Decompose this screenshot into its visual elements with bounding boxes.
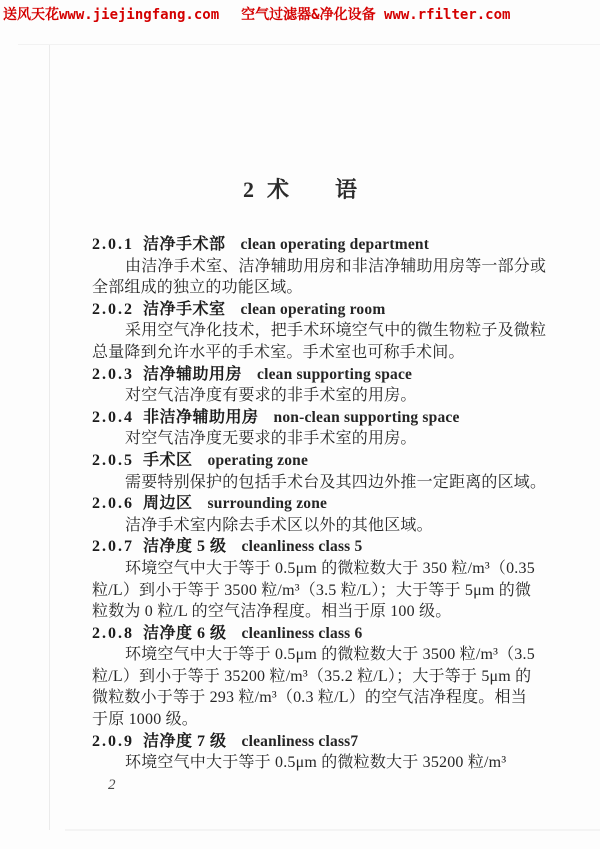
section-body: 环境空气中大于等于 0.5μm 的微粒数大于 35200 粒/m³ — [92, 752, 522, 774]
section-2-0-2: 2.0.2洁净手术室clean operating room 采用空气净化技术，… — [92, 299, 522, 364]
section-heading: 2.0.9洁净度 7 级cleanliness class7 — [92, 731, 522, 753]
section-number: 2.0.1 — [92, 236, 134, 253]
chapter-number: 2 — [243, 177, 254, 202]
section-body: 对空气洁净度无要求的非手术室的用房。 — [92, 428, 522, 450]
section-heading: 2.0.8洁净度 6 级cleanliness class 6 — [92, 623, 522, 645]
section-number: 2.0.5 — [92, 452, 134, 469]
section-body: 需要特别保护的包括手术台及其四边外推一定距离的区域。 — [92, 472, 522, 494]
chapter-title-char-1: 术 — [267, 177, 289, 202]
section-term-en: clean supporting space — [257, 366, 412, 383]
section-heading: 2.0.7洁净度 5 级cleanliness class 5 — [92, 536, 522, 558]
section-2-0-1: 2.0.1洁净手术部clean operating department 由洁净… — [92, 234, 522, 299]
section-body: 对空气洁净度有要求的非手术室的用房。 — [92, 385, 522, 407]
section-term-en: clean operating room — [241, 301, 386, 318]
section-term-en: cleanliness class 6 — [242, 625, 363, 642]
section-term-en: surrounding zone — [208, 495, 328, 512]
section-number: 2.0.9 — [92, 733, 134, 750]
section-2-0-5: 2.0.5手术区operating zone 需要特别保护的包括手术台及其四边外… — [92, 450, 522, 493]
scan-bottom-edge-line — [65, 829, 600, 831]
section-number: 2.0.4 — [92, 409, 134, 426]
body-line: 全部组成的独立的功能区域。 — [92, 277, 522, 299]
section-heading: 2.0.4非洁净辅助用房non-clean supporting space — [92, 407, 522, 429]
section-number: 2.0.3 — [92, 366, 134, 383]
body-line: 环境空气中大于等于 0.5μm 的微粒数大于 3500 粒/m³（3.5 — [92, 644, 522, 666]
page-number: 2 — [92, 775, 522, 797]
section-term-cn: 手术区 — [143, 452, 193, 469]
watermark-right-text: 空气过滤器&净化设备 www.rfilter.com — [241, 7, 510, 23]
section-heading: 2.0.5手术区operating zone — [92, 450, 522, 472]
section-number: 2.0.8 — [92, 625, 134, 642]
section-2-0-6: 2.0.6周边区surrounding zone 洁净手术室内除去手术区以外的其… — [92, 493, 522, 536]
section-term-cn: 洁净度 6 级 — [143, 625, 227, 642]
watermark-header: 送风天花www.jiejingfang.com空气过滤器&净化设备 www.rf… — [3, 4, 510, 24]
section-2-0-7: 2.0.7洁净度 5 级cleanliness class 5 环境空气中大于等… — [92, 536, 522, 622]
scan-page-fold-line — [49, 45, 50, 830]
section-number: 2.0.2 — [92, 301, 134, 318]
section-number: 2.0.7 — [92, 538, 134, 555]
body-line: 粒/L）到小于等于 3500 粒/m³（3.5 粒/L）；大于等于 5μm 的微 — [92, 580, 522, 602]
section-2-0-3: 2.0.3洁净辅助用房clean supporting space 对空气洁净度… — [92, 364, 522, 407]
body-line: 需要特别保护的包括手术台及其四边外推一定距离的区域。 — [92, 472, 522, 494]
body-line: 粒/L）到小于等于 35200 粒/m³（35.2 粒/L）；大于等于 5μm … — [92, 666, 522, 688]
section-body: 由洁净手术室、洁净辅助用房和非洁净辅助用房等一部分或 全部组成的独立的功能区域。 — [92, 256, 522, 299]
section-body: 采用空气净化技术，把手术环境空气中的微生物粒子及微粒 总量降到允许水平的手术室。… — [92, 320, 522, 363]
section-term-cn: 洁净度 5 级 — [143, 538, 227, 555]
section-term-cn: 洁净手术室 — [143, 301, 226, 318]
body-line: 微粒数小于等于 293 粒/m³（0.3 粒/L）的空气洁净程度。相当 — [92, 687, 522, 709]
body-line: 总量降到允许水平的手术室。手术室也可称手术间。 — [92, 342, 522, 364]
section-term-en: cleanliness class 5 — [242, 538, 363, 555]
watermark-left-text: 送风天花www.jiejingfang.com — [3, 7, 219, 23]
chapter-title-char-2: 语 — [335, 177, 357, 202]
section-body: 环境空气中大于等于 0.5μm 的微粒数大于 350 粒/m³（0.35 粒/L… — [92, 558, 522, 623]
section-term-en: clean operating department — [241, 236, 430, 253]
body-line: 环境空气中大于等于 0.5μm 的微粒数大于 350 粒/m³（0.35 — [92, 558, 522, 580]
section-heading: 2.0.6周边区surrounding zone — [92, 493, 522, 515]
section-term-en: non-clean supporting space — [274, 409, 460, 426]
section-2-0-4: 2.0.4非洁净辅助用房non-clean supporting space 对… — [92, 407, 522, 450]
body-line: 洁净手术室内除去手术区以外的其他区域。 — [92, 515, 522, 537]
section-term-cn: 洁净手术部 — [143, 236, 226, 253]
body-line: 由洁净手术室、洁净辅助用房和非洁净辅助用房等一部分或 — [92, 256, 522, 278]
body-line: 于原 1000 级。 — [92, 709, 522, 731]
section-body: 环境空气中大于等于 0.5μm 的微粒数大于 3500 粒/m³（3.5 粒/L… — [92, 644, 522, 730]
section-term-cn: 非洁净辅助用房 — [143, 409, 259, 426]
section-term-en: cleanliness class7 — [242, 733, 359, 750]
chapter-title: 2术语 — [0, 178, 600, 202]
body-line: 对空气洁净度有要求的非手术室的用房。 — [92, 385, 522, 407]
terminology-content: 2.0.1洁净手术部clean operating department 由洁净… — [92, 234, 522, 796]
section-number: 2.0.6 — [92, 495, 134, 512]
body-line: 环境空气中大于等于 0.5μm 的微粒数大于 35200 粒/m³ — [92, 752, 522, 774]
section-body: 洁净手术室内除去手术区以外的其他区域。 — [92, 515, 522, 537]
section-heading: 2.0.3洁净辅助用房clean supporting space — [92, 364, 522, 386]
body-line: 采用空气净化技术，把手术环境空气中的微生物粒子及微粒 — [92, 320, 522, 342]
section-term-cn: 洁净度 7 级 — [143, 733, 227, 750]
section-term-en: operating zone — [208, 452, 309, 469]
section-heading: 2.0.1洁净手术部clean operating department — [92, 234, 522, 256]
body-line: 粒数为 0 粒/L 的空气洁净程度。相当于原 100 级。 — [92, 601, 522, 623]
section-2-0-9: 2.0.9洁净度 7 级cleanliness class7 环境空气中大于等于… — [92, 731, 522, 774]
section-2-0-8: 2.0.8洁净度 6 级cleanliness class 6 环境空气中大于等… — [92, 623, 522, 731]
section-heading: 2.0.2洁净手术室clean operating room — [92, 299, 522, 321]
section-term-cn: 洁净辅助用房 — [143, 366, 242, 383]
body-line: 对空气洁净度无要求的非手术室的用房。 — [92, 428, 522, 450]
scan-top-edge-line — [18, 44, 600, 45]
section-term-cn: 周边区 — [143, 495, 193, 512]
